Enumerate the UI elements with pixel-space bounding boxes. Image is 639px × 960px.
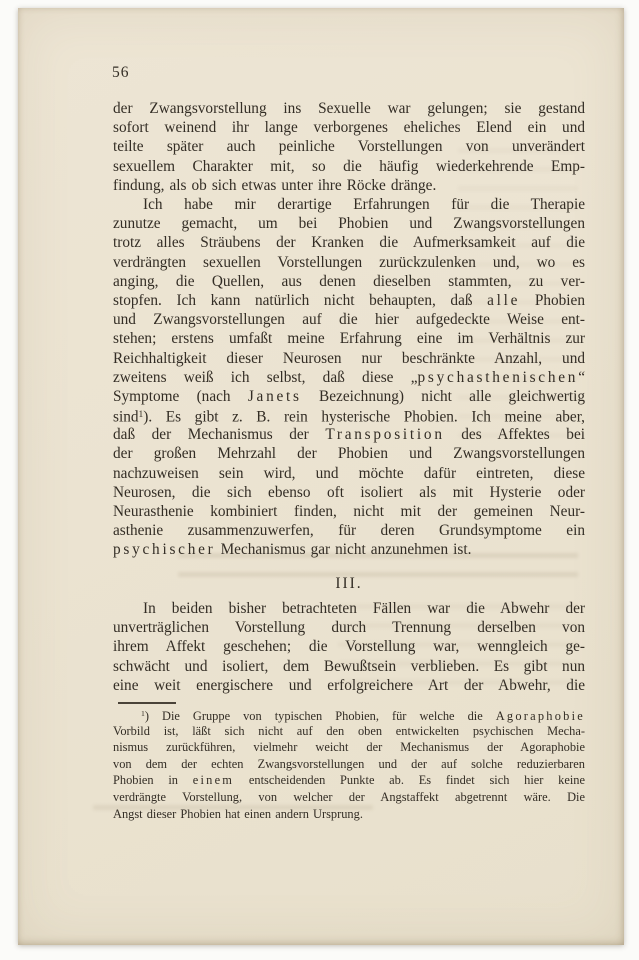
- text-segment: stopfen. Ich kann natürlich nicht behaup…: [113, 292, 487, 309]
- text-segment: findung, als ob sich etwas unter ihre Rö…: [113, 177, 436, 194]
- text-segment: sofort weinend ihr lange verborgenes ehe…: [113, 119, 585, 136]
- text-segment: Symptome (nach: [113, 388, 248, 405]
- text-line: stopfen. Ich kann natürlich nicht behaup…: [113, 291, 585, 310]
- text-segment: Mechanismus gar nicht anzunehmen ist.: [216, 541, 472, 558]
- text-segment: sexuellem Charakter mit, so die häufig w…: [113, 158, 585, 175]
- text-segment: entscheidenden Punkte ab. Es findet sich…: [234, 773, 585, 787]
- spaced-emphasis-text: Transposition: [325, 426, 444, 443]
- spaced-emphasis-text: Agoraphobie: [496, 709, 585, 723]
- page-number: 56: [112, 63, 130, 82]
- text-segment: Angst dieser Phobien hat einen andern Ur…: [113, 807, 363, 821]
- text-line: zunutze gemacht, um bei Phobien und Zwan…: [113, 214, 585, 233]
- text-line: sofort weinend ihr lange verborgenes ehe…: [113, 118, 585, 137]
- footnote-rule: [118, 702, 176, 704]
- text-line: Ich habe mir derartige Erfahrungen für d…: [113, 195, 585, 214]
- text-line: daß der Mechanismus der Transposition de…: [113, 425, 585, 444]
- text-segment: Vorbild ist, läßt sich nicht auf den obe…: [113, 724, 585, 738]
- text-line: zweitens weiß ich selbst, daß diese „psy…: [113, 368, 585, 387]
- book-page: 56 der Zwangsvorstellung ins Sexuelle wa…: [18, 8, 624, 945]
- text-line: anging, die Quellen, aus denen dieselben…: [113, 272, 585, 291]
- text-segment: stehen; erstens umfaßt meine Erfahrung e…: [113, 330, 585, 347]
- text-line: nismus zurückführen, vielmehr weicht der…: [113, 739, 585, 756]
- text-line: Angst dieser Phobien hat einen andern Ur…: [113, 806, 585, 823]
- text-segment: der Zwangsvorstellung ins Sexuelle war g…: [113, 100, 585, 117]
- text-line: In beiden bisher betrachteten Fällen war…: [113, 599, 585, 618]
- footnote-text: 1) Die Gruppe von typischen Phobien, für…: [113, 706, 585, 822]
- text-segment: Bezeichnung) nicht alle gleichwertig: [302, 388, 585, 405]
- text-line: von dem der echten Zwangsvorstellungen u…: [113, 756, 585, 773]
- text-segment: trotz alles Sträubens der Kranken die Au…: [113, 234, 585, 251]
- text-segment: Reichhaltigkeit dieser Neurosen nur besc…: [113, 350, 585, 367]
- text-segment: zweitens weiß ich selbst, daß diese „: [113, 369, 418, 386]
- text-segment: sind: [113, 409, 139, 425]
- text-segment: Ich habe mir derartige Erfahrungen für d…: [143, 196, 585, 213]
- spaced-emphasis-text: alle: [487, 292, 520, 309]
- scan-backdrop: 56 der Zwangsvorstellung ins Sexuelle wa…: [0, 0, 639, 960]
- text-line: Neurasthenie kombiniert finden, nicht mi…: [113, 502, 585, 521]
- text-line: schwächt und isoliert, dem Bewußtsein ve…: [113, 657, 585, 676]
- spaced-emphasis-text: psychischer: [113, 541, 216, 558]
- text-line: findung, als ob sich etwas unter ihre Rö…: [113, 176, 585, 195]
- text-segment: nismus zurückführen, vielmehr weicht der…: [113, 740, 585, 754]
- text-line: asthenie zusammenzuwerfen, für deren Gru…: [113, 521, 585, 540]
- text-line: Symptome (nach Janets Bezeichnung) nicht…: [113, 387, 585, 406]
- text-segment: verdrängten sexuellen Vorstellungen zurü…: [113, 254, 585, 271]
- text-line: Vorbild ist, läßt sich nicht auf den obe…: [113, 723, 585, 740]
- text-segment: zunutze gemacht, um bei Phobien und Zwan…: [113, 215, 585, 232]
- text-segment: von dem der echten Zwangsvorstellungen u…: [113, 757, 585, 771]
- text-line: teilte später auch peinliche Vorstellung…: [113, 137, 585, 156]
- text-line: Phobien in einem entscheidenden Punkte a…: [113, 772, 585, 789]
- paragraph-1-continuation: der Zwangsvorstellung ins Sexuelle war g…: [113, 99, 585, 195]
- text-line: verdrängte Vorstellung, von welcher der …: [113, 789, 585, 806]
- text-segment: daß der Mechanismus der: [113, 426, 325, 443]
- text-segment: der großen Mehrzahl der Phobien und Zwan…: [113, 445, 585, 462]
- text-line: psychischer Mechanismus gar nicht anzune…: [113, 540, 585, 559]
- paragraph-3: In beiden bisher betrachteten Fällen war…: [113, 599, 585, 695]
- text-segment: schwächt und isoliert, dem Bewußtsein ve…: [113, 658, 585, 675]
- text-segment: ). Es gibt z. B. rein hysterische Phobie…: [143, 409, 585, 425]
- text-line: eine weit energischere und erfolgreicher…: [113, 676, 585, 695]
- spaced-emphasis-text: einem: [193, 773, 234, 787]
- text-segment: verdrängte Vorstellung, von welcher der …: [113, 790, 585, 804]
- text-segment: teilte später auch peinliche Vorstellung…: [113, 138, 585, 155]
- text-line: ihrem Affekt geschehen; die Vorstellung …: [113, 637, 585, 656]
- text-segment: ) Die Gruppe von typischen Phobien, für …: [145, 709, 496, 723]
- text-segment: In beiden bisher betrachteten Fällen war…: [143, 600, 585, 617]
- section-heading: III.: [113, 574, 585, 593]
- text-segment: “: [578, 369, 585, 386]
- text-line: sexuellem Charakter mit, so die häufig w…: [113, 157, 585, 176]
- text-line: und Zwangsvorstellungen auf die hier auf…: [113, 310, 585, 329]
- text-segment: anging, die Quellen, aus denen dieselben…: [113, 273, 585, 290]
- text-line: Neurosen, die sich ebenso oft isoliert a…: [113, 483, 585, 502]
- text-segment: Neurosen, die sich ebenso oft isoliert a…: [113, 484, 585, 501]
- text-segment: des Affektes bei: [445, 426, 585, 443]
- text-segment: nachzuweisen sein wird, und möchte dafür…: [113, 465, 585, 482]
- text-segment: ihrem Affekt geschehen; die Vorstellung …: [113, 638, 585, 655]
- text-line: Reichhaltigkeit dieser Neurosen nur besc…: [113, 349, 585, 368]
- text-segment: asthenie zusammenzuwerfen, für deren Gru…: [113, 522, 585, 539]
- text-line: unverträglichen Vorstellung durch Trennu…: [113, 618, 585, 637]
- text-line: verdrängten sexuellen Vorstellungen zurü…: [113, 253, 585, 272]
- text-segment: Phobien in: [113, 773, 193, 787]
- text-line: stehen; erstens umfaßt meine Erfahrung e…: [113, 329, 585, 348]
- text-line: sind1). Es gibt z. B. rein hysterische P…: [113, 406, 585, 425]
- text-segment: eine weit energischere und erfolgreicher…: [113, 677, 585, 694]
- spaced-emphasis-text: psychasthenischen: [418, 369, 579, 386]
- text-line: trotz alles Sträubens der Kranken die Au…: [113, 233, 585, 252]
- text-line: nachzuweisen sein wird, und möchte dafür…: [113, 464, 585, 483]
- text-line: der großen Mehrzahl der Phobien und Zwan…: [113, 444, 585, 463]
- text-line: der Zwangsvorstellung ins Sexuelle war g…: [113, 99, 585, 118]
- text-segment: und Zwangsvorstellungen auf die hier auf…: [113, 311, 585, 328]
- spaced-emphasis-text: Janets: [248, 388, 302, 405]
- text-segment: Neurasthenie kombiniert finden, nicht mi…: [113, 503, 585, 520]
- paragraph-2: Ich habe mir derartige Erfahrungen für d…: [113, 195, 585, 560]
- text-segment: unverträglichen Vorstellung durch Trennu…: [113, 619, 585, 636]
- text-segment: Phobien: [520, 292, 585, 309]
- text-line: 1) Die Gruppe von typischen Phobien, für…: [113, 706, 585, 723]
